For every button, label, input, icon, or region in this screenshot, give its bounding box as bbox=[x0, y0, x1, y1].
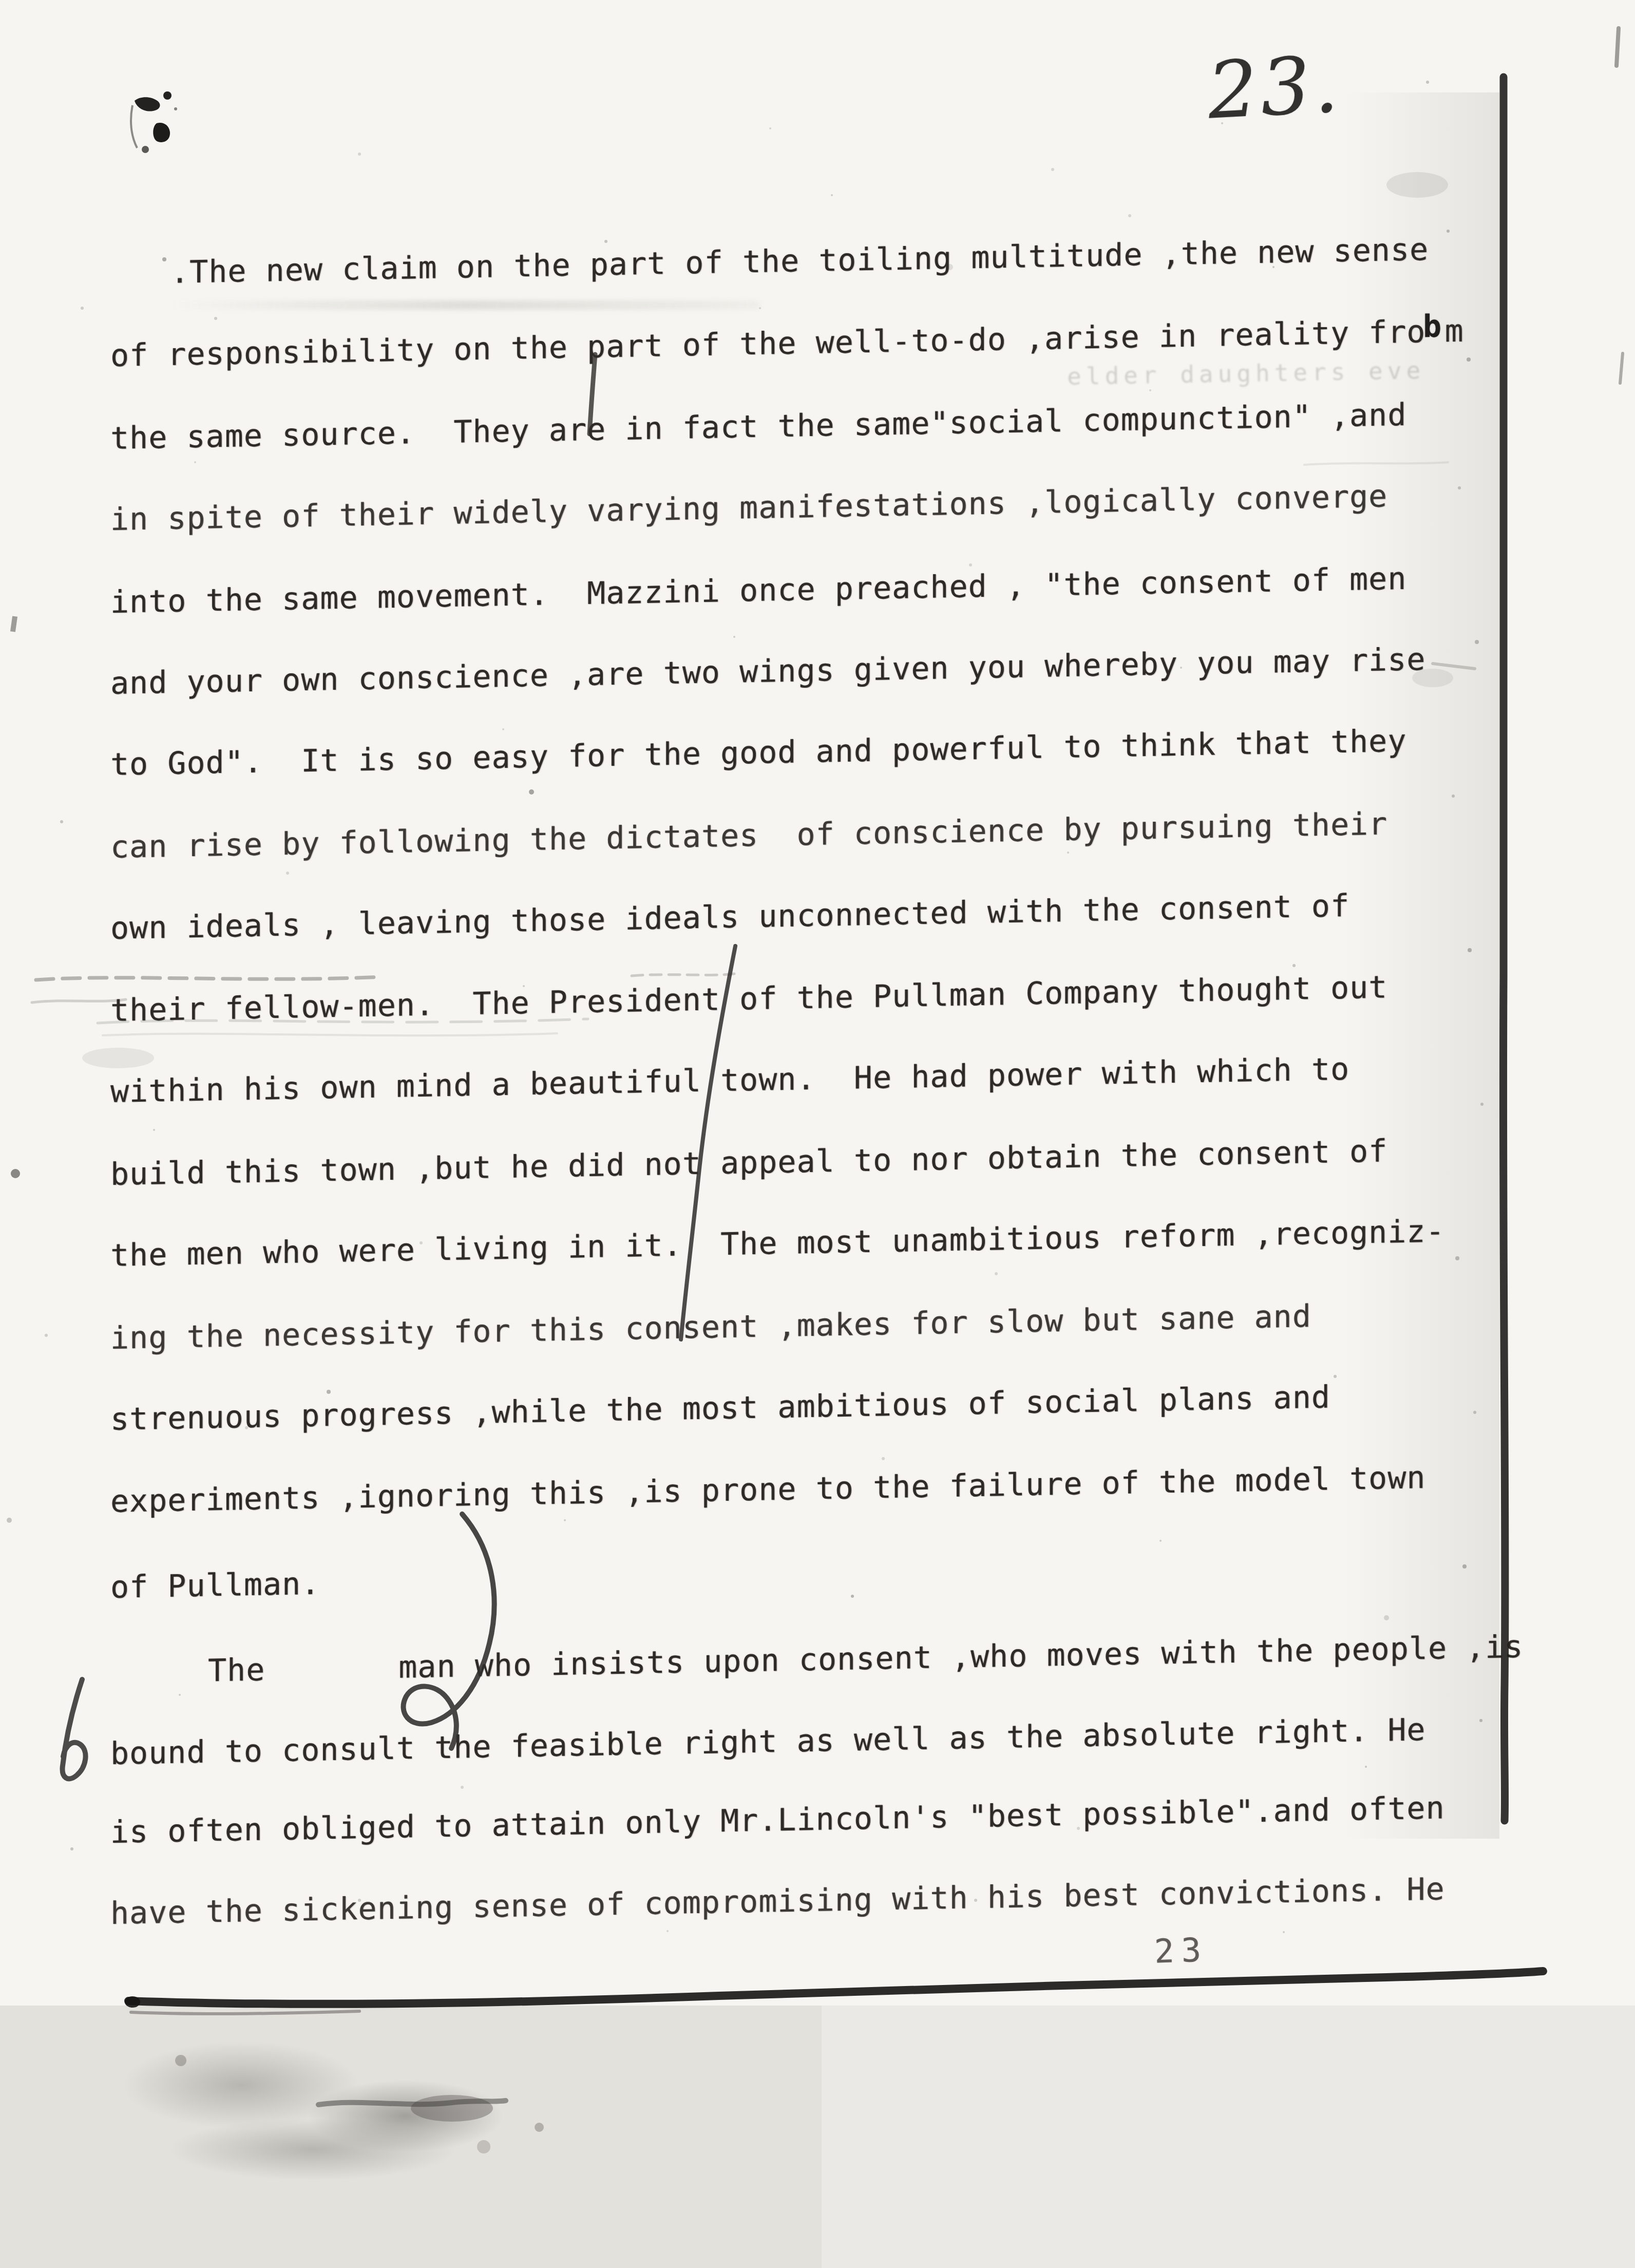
margin-letter-mark bbox=[63, 1679, 86, 1779]
scanned-page: elder daughters eve .The new claim on th… bbox=[0, 0, 1635, 2268]
insertion-stroke-mark bbox=[590, 354, 595, 434]
pen-stroke-mark bbox=[681, 946, 735, 1339]
corner-tick bbox=[1617, 28, 1619, 66]
pen-marks-layer bbox=[0, 0, 1635, 2268]
paren-loop-mark bbox=[403, 1514, 494, 1748]
scan-edge-blob bbox=[125, 1996, 140, 2008]
scan-edge-bottom-echo bbox=[131, 2011, 359, 2014]
edge-tick bbox=[1620, 353, 1623, 383]
scan-edge-right bbox=[1503, 77, 1505, 1821]
scan-edge-bottom bbox=[128, 1971, 1543, 2004]
